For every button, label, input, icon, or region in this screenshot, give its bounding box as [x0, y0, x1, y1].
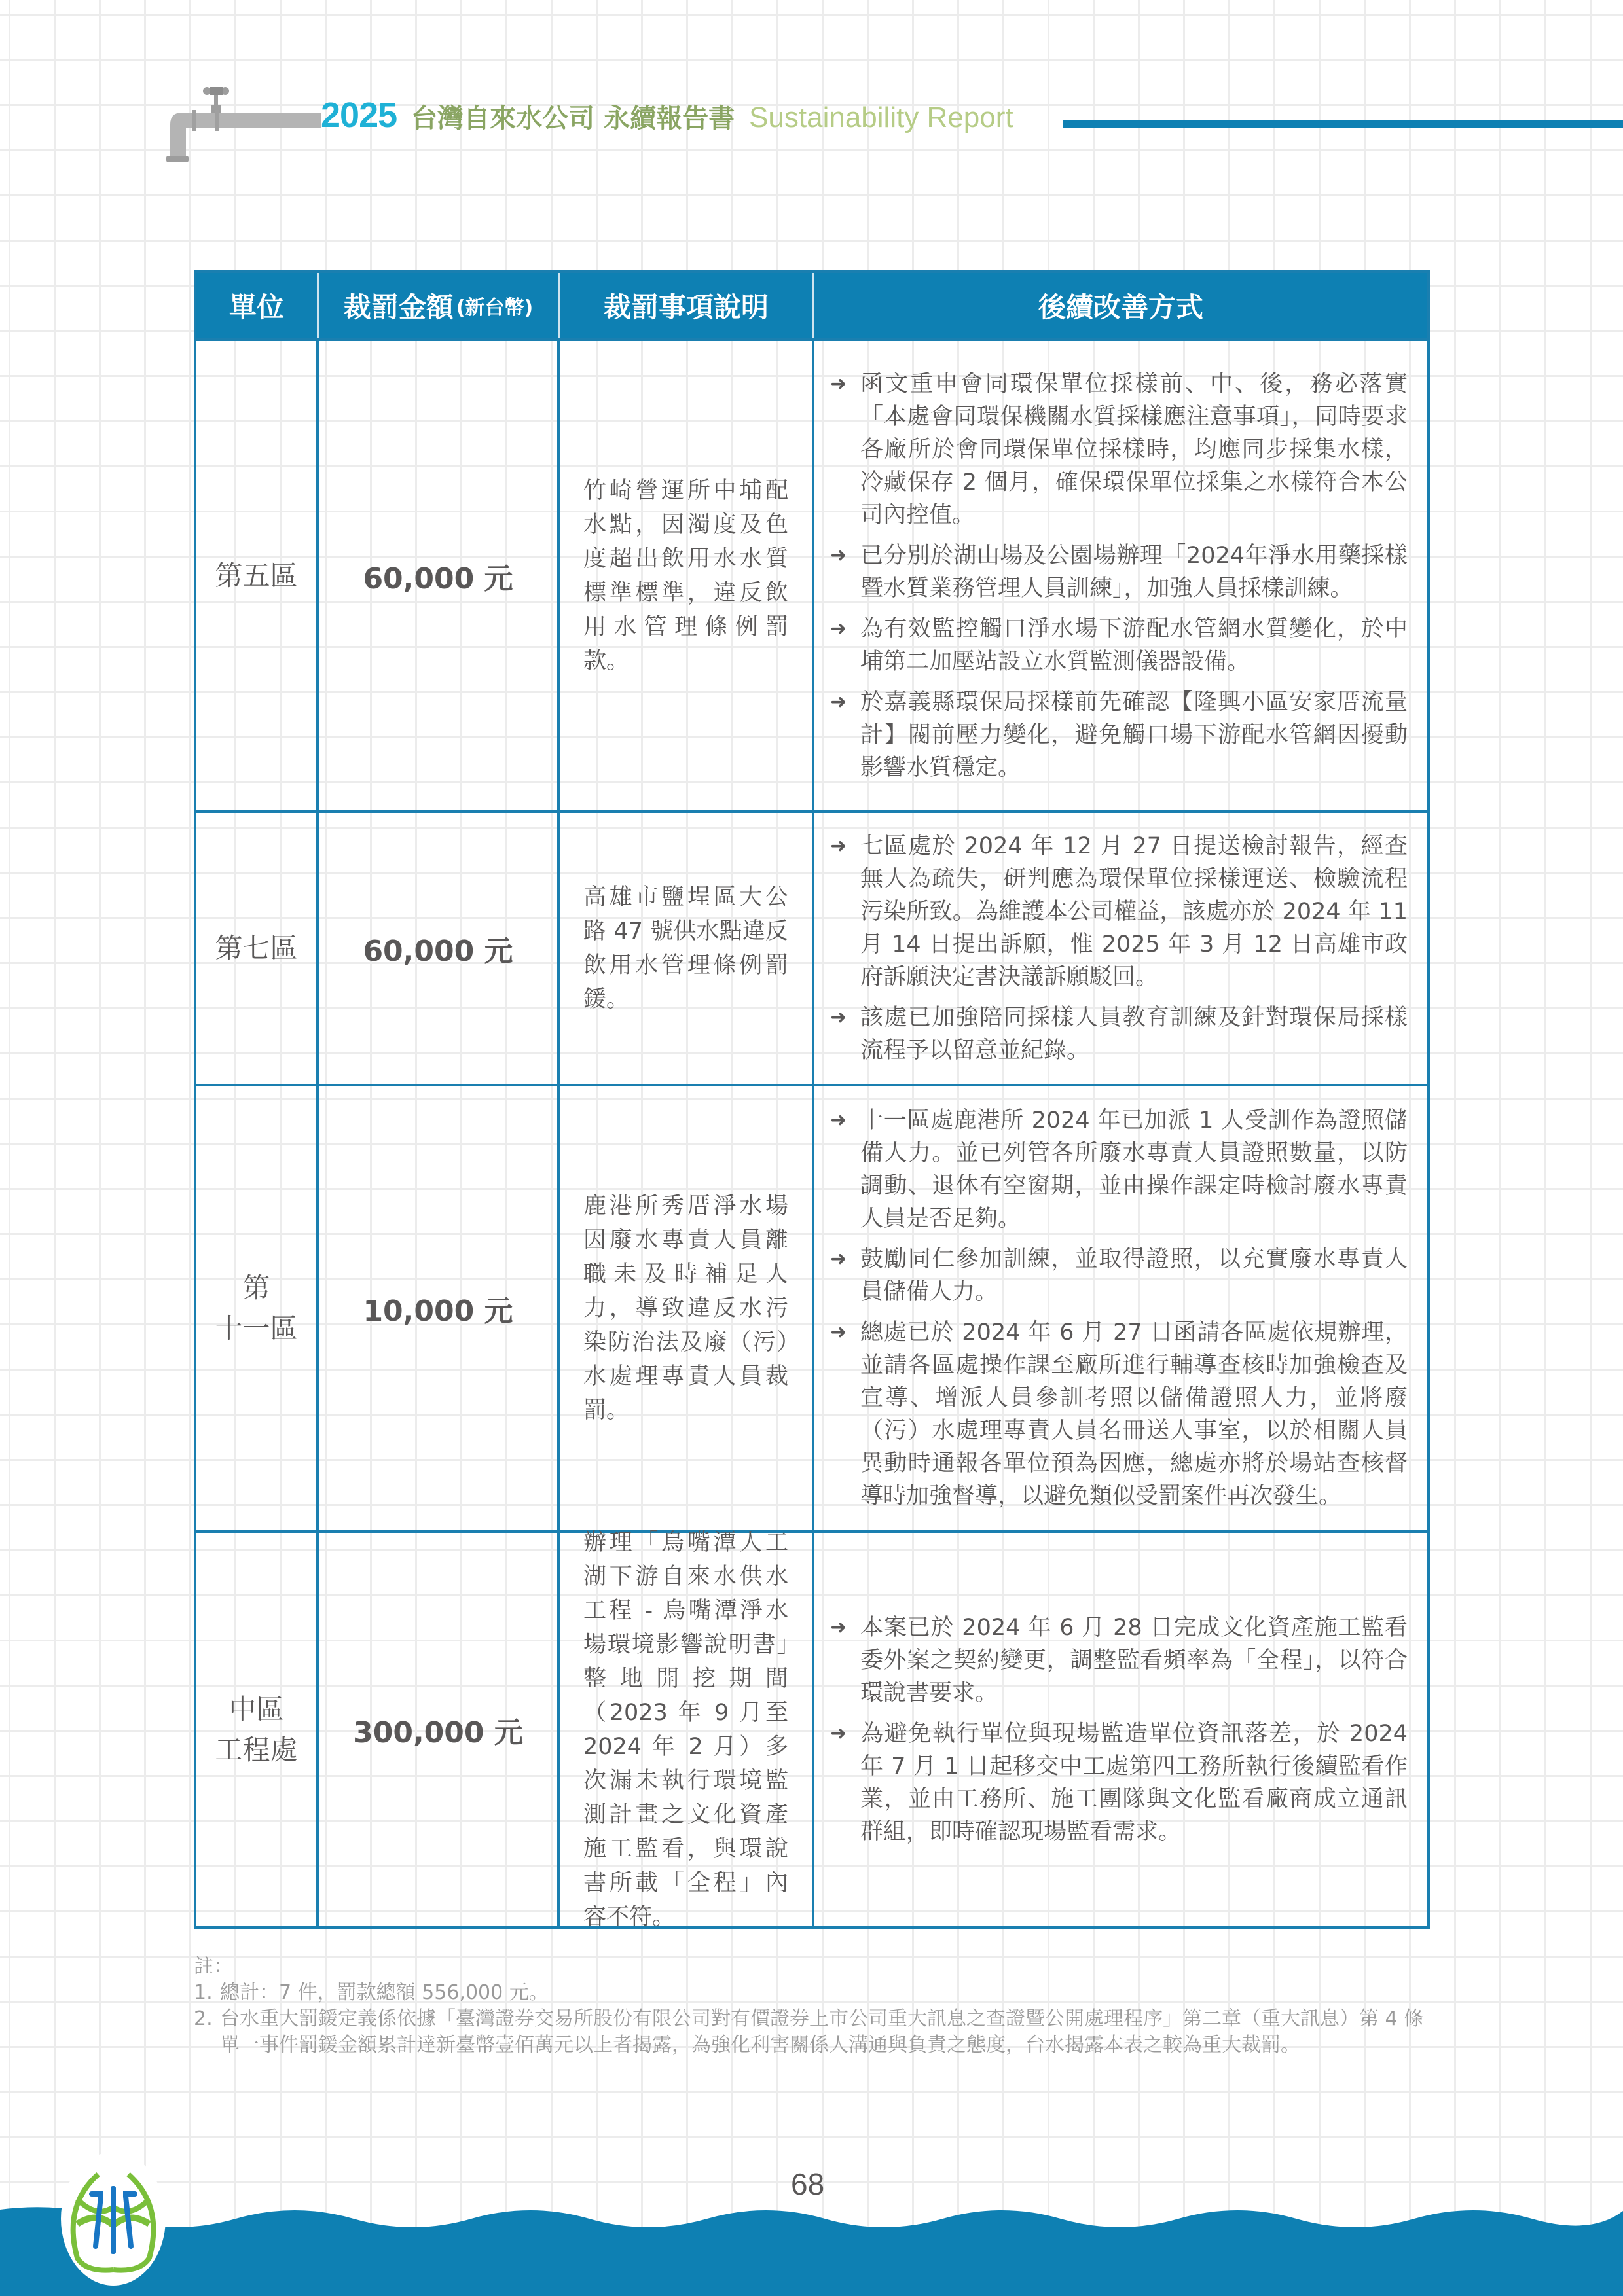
note-text: 總計：7 件，罰款總額 556,000 元。 [220, 1980, 1438, 2006]
measure-text: 已分別於湖山場及公園場辦理「2024年淨水用藥採樣暨水質業務管理人員訓練」，加強… [860, 539, 1408, 605]
measure-item: ➜鼓勵同仁參加訓練，並取得證照，以充實廢水專責人員儲備人力。 [830, 1243, 1408, 1308]
measure-text: 總處已於 2024 年 6 月 27 日函請各區處依規辦理，並請各區處操作課至廠… [860, 1316, 1408, 1513]
description-text: 高雄市鹽埕區大公路 47 號供水點違反飲用水管理條例罰鍰。 [583, 880, 788, 1016]
measure-text: 該處已加強陪同採樣人員教育訓練及針對環保局採樣流程予以留意並紀錄。 [860, 1001, 1408, 1067]
note-number: 2. [194, 2006, 220, 2058]
table-row: 第七區 60,000 元 高雄市鹽埕區大公路 47 號供水點違反飲用水管理條例罰… [196, 810, 1427, 1084]
note-text: 台水重大罰鍰定義係依據「臺灣證券交易所股份有限公司對有價證券上市公司重大訊息之查… [220, 2006, 1438, 2058]
report-header: 2025 台灣自來水公司 永續報告書 Sustainability Report [321, 95, 1013, 141]
unit-cell: 第五區 [196, 341, 319, 810]
col-header-amount: 裁罰金額(新台幣) [319, 273, 560, 338]
description-text: 竹崎營運所中埔配水點，因濁度及色度超出飲用水水質標準標準，違反飲用水管理條例罰款… [583, 474, 788, 678]
measures-cell: ➜十一區處鹿港所 2024 年已加派 1 人受訓作為證照儲備人力。並已列管各所廢… [814, 1086, 1427, 1530]
measure-item: ➜七區處於 2024 年 12 月 27 日提送檢討報告，經查無人為疏失，研判應… [830, 830, 1408, 994]
unit-cell: 第七區 [196, 813, 319, 1084]
arrow-right-icon: ➜ [830, 1243, 860, 1308]
description-text: 辦理「烏嘴潭人工湖下游自來水供水工程 - 烏嘴潭淨水場環境影響說明書」整地開挖期… [583, 1526, 788, 1934]
col-sublabel: (新台幣) [456, 291, 533, 320]
description-cell: 竹崎營運所中埔配水點，因濁度及色度超出飲用水水質標準標準，違反飲用水管理條例罰款… [560, 341, 814, 810]
page-number: 68 [791, 2166, 824, 2202]
arrow-right-icon: ➜ [830, 830, 860, 994]
amount-cell: 10,000 元 [319, 1086, 560, 1530]
amount-cell: 60,000 元 [319, 813, 560, 1084]
unit-line: 第 [215, 1268, 297, 1308]
measure-text: 為有效監控觸口淨水場下游配水管網水質變化，於中埔第二加壓站設立水質監測儀器設備。 [860, 613, 1408, 678]
measure-text: 本案已於 2024 年 6 月 28 日完成文化資產施工監看委外案之契約變更，調… [860, 1611, 1408, 1710]
header-rule [1063, 120, 1623, 128]
note-item: 2. 台水重大罰鍰定義係依據「臺灣證券交易所股份有限公司對有價證券上市公司重大訊… [194, 2006, 1438, 2058]
footer-wave [0, 2206, 1623, 2296]
note-item: 1. 總計：7 件，罰款總額 556,000 元。 [194, 1980, 1438, 2006]
arrow-right-icon: ➜ [830, 613, 860, 678]
unit-line: 工程處 [215, 1730, 297, 1770]
col-header-measures: 後續改善方式 [814, 273, 1427, 338]
description-cell: 辦理「烏嘴潭人工湖下游自來水供水工程 - 烏嘴潭淨水場環境影響說明書」整地開挖期… [560, 1533, 814, 1926]
measure-text: 十一區處鹿港所 2024 年已加派 1 人受訓作為證照儲備人力。並已列管各所廢水… [860, 1104, 1408, 1235]
arrow-right-icon: ➜ [830, 1611, 860, 1710]
measure-item: ➜十一區處鹿港所 2024 年已加派 1 人受訓作為證照儲備人力。並已列管各所廢… [830, 1104, 1408, 1235]
description-cell: 高雄市鹽埕區大公路 47 號供水點違反飲用水管理條例罰鍰。 [560, 813, 814, 1084]
notes-heading: 註： [194, 1954, 1438, 1980]
measures-cell: ➜函文重申會同環保單位採樣前、中、後，務必落實「本處會同環保機關水質採樣應注意事… [814, 341, 1427, 810]
footnotes: 註： 1. 總計：7 件，罰款總額 556,000 元。 2. 台水重大罰鍰定義… [194, 1954, 1438, 2058]
table-row: 第五區 60,000 元 竹崎營運所中埔配水點，因濁度及色度超出飲用水水質標準標… [196, 338, 1427, 810]
arrow-right-icon: ➜ [830, 1717, 860, 1848]
measure-text: 為避免執行單位與現場監造單位資訊落差，於 2024 年 7 月 1 日起移交中工… [860, 1717, 1408, 1848]
table-row: 第 十一區 10,000 元 鹿港所秀厝淨水場因廢水專責人員離職未及時補足人力，… [196, 1084, 1427, 1530]
arrow-right-icon: ➜ [830, 368, 860, 531]
measure-item: ➜函文重申會同環保單位採樣前、中、後，務必落實「本處會同環保機關水質採樣應注意事… [830, 368, 1408, 531]
report-year: 2025 [321, 95, 397, 135]
unit-line: 中區 [215, 1689, 297, 1730]
taiwan-water-logo [58, 2147, 169, 2291]
report-title-en: Sustainability Report [749, 101, 1013, 134]
measure-item: ➜本案已於 2024 年 6 月 28 日完成文化資產施工監看委外案之契約變更，… [830, 1611, 1408, 1710]
unit-cell: 中區 工程處 [196, 1533, 319, 1926]
measure-item: ➜總處已於 2024 年 6 月 27 日函請各區處依規辦理，並請各區處操作課至… [830, 1316, 1408, 1513]
arrow-right-icon: ➜ [830, 1316, 860, 1513]
table-row: 中區 工程處 300,000 元 辦理「烏嘴潭人工湖下游自來水供水工程 - 烏嘴… [196, 1530, 1427, 1926]
report-title-zh: 台灣自來水公司 永續報告書 [411, 98, 735, 135]
measure-text: 函文重申會同環保單位採樣前、中、後，務必落實「本處會同環保機關水質採樣應注意事項… [860, 368, 1408, 531]
amount-cell: 60,000 元 [319, 341, 560, 810]
col-label: 單位 [229, 286, 284, 325]
col-label: 裁罰金額 [344, 286, 454, 325]
arrow-right-icon: ➜ [830, 1001, 860, 1067]
unit-line: 十一區 [215, 1308, 297, 1349]
measures-cell: ➜七區處於 2024 年 12 月 27 日提送檢討報告，經查無人為疏失，研判應… [814, 813, 1427, 1084]
description-text: 鹿港所秀厝淨水場因廢水專責人員離職未及時補足人力，導致違反水污染防治法及廢（污）… [583, 1189, 788, 1427]
faucet-icon [157, 85, 321, 164]
measure-item: ➜該處已加強陪同採樣人員教育訓練及針對環保局採樣流程予以留意並紀錄。 [830, 1001, 1408, 1067]
measures-cell: ➜本案已於 2024 年 6 月 28 日完成文化資產施工監看委外案之契約變更，… [814, 1533, 1427, 1926]
measure-item: ➜為避免執行單位與現場監造單位資訊落差，於 2024 年 7 月 1 日起移交中… [830, 1717, 1408, 1848]
amount-cell: 300,000 元 [319, 1533, 560, 1926]
penalty-table: 單位 裁罰金額(新台幣) 裁罰事項說明 後續改善方式 第五區 60,000 元 … [194, 270, 1430, 1929]
note-number: 1. [194, 1980, 220, 2006]
measure-text: 於嘉義縣環保局採樣前先確認【隆興小區安家厝流量計】閥前壓力變化，避免觸口場下游配… [860, 686, 1408, 784]
table-header: 單位 裁罰金額(新台幣) 裁罰事項說明 後續改善方式 [196, 273, 1427, 338]
col-header-description: 裁罰事項說明 [560, 273, 814, 338]
arrow-right-icon: ➜ [830, 1104, 860, 1235]
col-label: 裁罰事項說明 [604, 286, 769, 325]
measure-item: ➜為有效監控觸口淨水場下游配水管網水質變化，於中埔第二加壓站設立水質監測儀器設備… [830, 613, 1408, 678]
col-header-unit: 單位 [196, 273, 319, 338]
description-cell: 鹿港所秀厝淨水場因廢水專責人員離職未及時補足人力，導致違反水污染防治法及廢（污）… [560, 1086, 814, 1530]
arrow-right-icon: ➜ [830, 539, 860, 605]
measure-text: 鼓勵同仁參加訓練，並取得證照，以充實廢水專責人員儲備人力。 [860, 1243, 1408, 1308]
arrow-right-icon: ➜ [830, 686, 860, 784]
measure-item: ➜已分別於湖山場及公園場辦理「2024年淨水用藥採樣暨水質業務管理人員訓練」，加… [830, 539, 1408, 605]
col-label: 後續改善方式 [1038, 286, 1203, 325]
measure-text: 七區處於 2024 年 12 月 27 日提送檢討報告，經查無人為疏失，研判應為… [860, 830, 1408, 994]
unit-cell: 第 十一區 [196, 1086, 319, 1530]
measure-item: ➜於嘉義縣環保局採樣前先確認【隆興小區安家厝流量計】閥前壓力變化，避免觸口場下游… [830, 686, 1408, 784]
